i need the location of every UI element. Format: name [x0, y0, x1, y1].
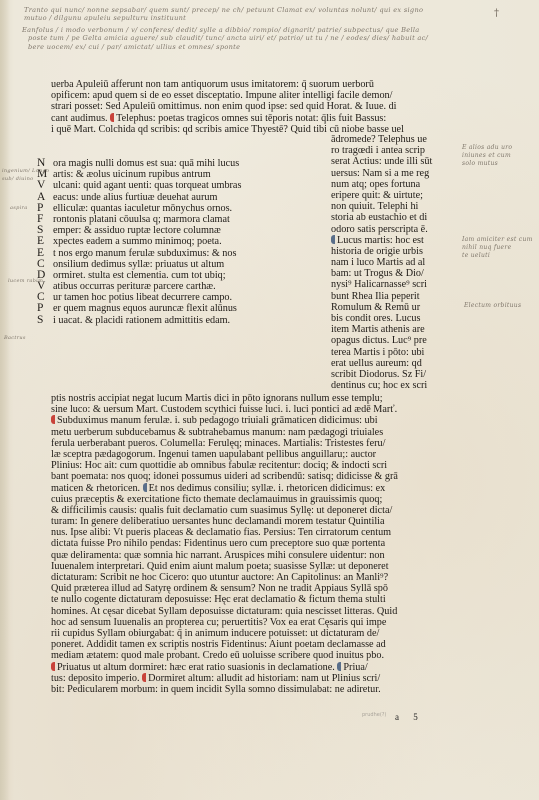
margin-note-right-1: E alios adu uro iniunes et cum solo mutu… [462, 144, 538, 168]
text-line: num atq; opes fortuna [331, 179, 432, 190]
text-line: uerba Apuleiū afferunt non tam antiquoru… [51, 79, 404, 90]
text-line: odoro satis perscripta ē. [331, 224, 432, 235]
margin-note-line: iniunes et cum [462, 152, 538, 160]
text-line: turam: In genere deliberatiuo uersantes … [51, 516, 398, 527]
margin-note-line: Iam amiciter est cum [462, 236, 538, 244]
poem-text-block: ora magis nulli domus est sua: quā mihi … [53, 158, 241, 326]
text-line: opagus dictus. Luc⁹ pre [331, 335, 432, 346]
text-line: Priuatus ut altum dormiret: hæc erat rat… [51, 662, 398, 673]
poem-line: er quem magnus equos auruncæ flexit alūn… [53, 303, 241, 314]
paragraph-mark-icon [331, 235, 335, 244]
text-line: dentinus cu; hoc ex scri [331, 380, 432, 391]
paragraph-mark-icon [110, 113, 114, 122]
text-line: te nullo cogente dictaturam deposuisse: … [51, 594, 398, 605]
initial-letter: E [37, 236, 47, 247]
text-span: Et nos dedimus consiliu; syllæ. i. rheto… [149, 483, 386, 494]
commentary-full-width: ptis nostris accipiat negat lucum Martis… [51, 393, 398, 695]
text-span: cant audimus. [51, 113, 108, 124]
paragraph-mark-icon [142, 673, 146, 682]
initial-letter: S [37, 315, 47, 326]
margin-note-right-2: Iam amiciter est cum nihil nuq fuere te … [462, 236, 538, 260]
handwritten-note-top-2: mutuo / dilgunu apuleiu sepulturu instit… [24, 14, 186, 22]
text-span: maticen & rhetoricen. [51, 483, 140, 494]
binding-gutter [0, 0, 10, 800]
poem-line: eacus: unde alius furtiuæ deuehat aurum [53, 192, 241, 203]
cross-mark-icon: † [494, 8, 499, 19]
paragraph-mark-icon [143, 483, 147, 492]
initial-letter: E [37, 248, 47, 259]
poem-line: ur tamen hoc potius libeat decurrere cam… [53, 292, 241, 303]
text-span: tus: deposito imperio. [51, 673, 140, 684]
poem-line: i uacat. & placidi rationem admittitis e… [53, 315, 241, 326]
pencil-note: prudhe(?) [362, 712, 386, 718]
text-line: nysi⁹ Halicarnasse⁹ scri [331, 279, 432, 290]
text-line: mediam ætatem: quod male probant. Credo … [51, 650, 398, 661]
text-line: bunt Rhea Ilia peperit [331, 291, 432, 302]
text-line: læ sceptra pædagogorum. Ingenui tamen ua… [51, 449, 398, 460]
text-line: terea Martis i pōto: ubi [331, 347, 432, 358]
text-line: item Martis athenis are [331, 324, 432, 335]
paragraph-mark-icon [51, 415, 55, 424]
text-line: storia ab eustachio et di [331, 212, 432, 223]
margin-note-right-3: Electum orbituus [464, 302, 521, 309]
text-line: nus. Ipse alibi: Vt pueris placeas & dec… [51, 527, 398, 538]
poem-line: artis: & æolus uicinum rupibus antrum [53, 169, 241, 180]
paragraph-mark-icon [337, 662, 341, 671]
text-span: Telephus: poetas tragicos omnes sui tēpo… [116, 113, 386, 124]
text-line: rii cupidus Syllam obiurgabat: q̄ in ani… [51, 628, 398, 639]
text-line: nam i luco Martis ad al [331, 257, 432, 268]
text-line: serat Actius: unde illi sūt [331, 156, 432, 167]
text-line: & difficilimis causis: qualis fuit decla… [51, 505, 398, 516]
poem-line: emper: & assiduo ruptæ lectore columnæ [53, 225, 241, 236]
text-line: Romulum & Remū ur [331, 302, 432, 313]
text-line: tus: deposito imperio. Dormiret altum: a… [51, 673, 398, 684]
text-line: opificem: apud quem si de eo esset disce… [51, 90, 404, 101]
text-line: metu uerberum subducebamus & subtrahebam… [51, 427, 398, 438]
text-line: strari posset: Sed Apuleiū omittimus. no… [51, 101, 404, 112]
margin-note-left-5: Bactrus [4, 335, 26, 341]
margin-note-line: E alios adu uro [462, 144, 538, 152]
poem-line: ulcani: quid agant uenti: quas torqueat … [53, 180, 241, 191]
text-line: bant poemata: nos quoq; idonei possumus … [51, 471, 398, 482]
margin-note-line: solo mutus [462, 160, 538, 168]
poem-line: onsilium dedimus syllæ: priuatus ut altu… [53, 259, 241, 270]
margin-note-left-2: sub/ diuino [2, 176, 33, 182]
initial-letter: V [37, 180, 47, 191]
text-line: bit: Pedicularem morbum: in quem incidit… [51, 684, 398, 695]
text-span: Lucus martis: hoc est [337, 235, 424, 246]
text-line: hoc ad sensum Iuuenalis an propterea cu;… [51, 617, 398, 628]
text-span: Subduximus manum ferulæ. i. sub pedagogo… [57, 415, 378, 426]
text-span: Priuatus ut altum dormiret: hæc erat rat… [57, 662, 335, 673]
text-line: ro tragœdi i antea scrip [331, 145, 432, 156]
poem-line: atibus occurras perituræ parcere carthæ. [53, 281, 241, 292]
text-line: homines. At cęsar dicebat Syllam deposui… [51, 606, 398, 617]
commentary-right-column: ādromede? Telephus ue ro tragœdi i antea… [331, 134, 432, 391]
handwritten-note-top-1: Tranto qui nunc/ nonne sepsabar/ quem su… [24, 6, 423, 14]
text-line: bis condit ores. Lucus [331, 313, 432, 324]
text-line: eripere quit: & uirtute; [331, 190, 432, 201]
poem-line: rontonis platani cōuulsa q; marmora clam… [53, 214, 241, 225]
margin-note-left-3: aspira [10, 205, 28, 211]
text-span: Priua/ [343, 662, 367, 673]
text-line: Iuuenalem interpretari. Quid enim aiunt … [51, 561, 398, 572]
poem-initials-column: N M V A P F S E E C D V C P S [37, 158, 47, 326]
intro-text-block: uerba Apuleiū afferunt non tam antiquoru… [51, 79, 404, 135]
handwritten-note-top-3: Eanfolus / i modo verbonum / v/ conferes… [22, 26, 420, 34]
text-line: quæ deliramenta: quæ somnia hic narrant.… [51, 550, 398, 561]
text-line: uersus: Nam si a me reg [331, 168, 432, 179]
poem-line: elliculæ: quantas iaculetur mōnychus orn… [53, 203, 241, 214]
text-line: historia de origie urbis [331, 246, 432, 257]
handwritten-note-top-4: poste tum / pe Gelta amicia aguere/ sub … [28, 34, 428, 42]
text-line: poneret. Addidit tamen ex scriptis nostr… [51, 639, 398, 650]
poem-line: xpectes eadem a summo minimoq; poeta. [53, 236, 241, 247]
text-span: Dormiret altum: alludit ad historiam: na… [148, 673, 380, 684]
poem-line: t nos ergo manum ferulæ subduximus: & no… [53, 248, 241, 259]
text-line: bam: ut Trogus & Dio/ [331, 268, 432, 279]
text-line: ptis nostris accipiat negat lucum Martis… [51, 393, 398, 404]
poem-line: ormiret. stulta est clementia. cum tot u… [53, 270, 241, 281]
signature-mark: a 5 [395, 712, 424, 722]
margin-note-line: nihil nuq fuere [462, 244, 538, 252]
text-line: ferula uerberabant pueros. Columella: Fe… [51, 438, 398, 449]
text-line: Plinius: Hoc ait: cum quottidie ab omnib… [51, 460, 398, 471]
margin-note-left-4: lucem rabim [8, 278, 43, 284]
text-line: maticen & rhetoricen. Et nos dedimus con… [51, 483, 398, 494]
text-line: Quid præterea illud ad Satyrę ordinem & … [51, 583, 398, 594]
text-line: Subduximus manum ferulæ. i. sub pedagogo… [51, 415, 398, 426]
paragraph-mark-icon [51, 662, 55, 671]
text-line: ādromede? Telephus ue [331, 134, 432, 145]
text-line: cant audimus. Telephus: poetas tragicos … [51, 113, 404, 124]
text-line: Lucus martis: hoc est [331, 235, 432, 246]
text-line: dictata fuisse Pro nihilo pendas: Fident… [51, 538, 398, 549]
text-line: scribit Diodorus. Sz Fi/ [331, 369, 432, 380]
text-line: non quiuit. Telephi hi [331, 201, 432, 212]
margin-note-left-1: ingenium/ Longo [2, 168, 49, 174]
text-line: dictaturam: Scribit ne hoc Cicero: quo u… [51, 572, 398, 583]
poem-line: ora magis nulli domus est sua: quā mihi … [53, 158, 241, 169]
initial-letter: P [37, 303, 47, 314]
margin-note-line: te ueluti [462, 252, 538, 260]
text-line: erat uellus aureum: qd [331, 358, 432, 369]
handwritten-note-top-5: bere uocem/ ex/ cui / par/ amictat/ ulli… [28, 43, 240, 51]
text-line: cuius præceptis & exercitatione ficto th… [51, 494, 398, 505]
book-page: Tranto qui nunc/ nonne sepsabar/ quem su… [0, 0, 539, 800]
text-line: sine luco: & uersum Mart. Custodem scyth… [51, 404, 398, 415]
